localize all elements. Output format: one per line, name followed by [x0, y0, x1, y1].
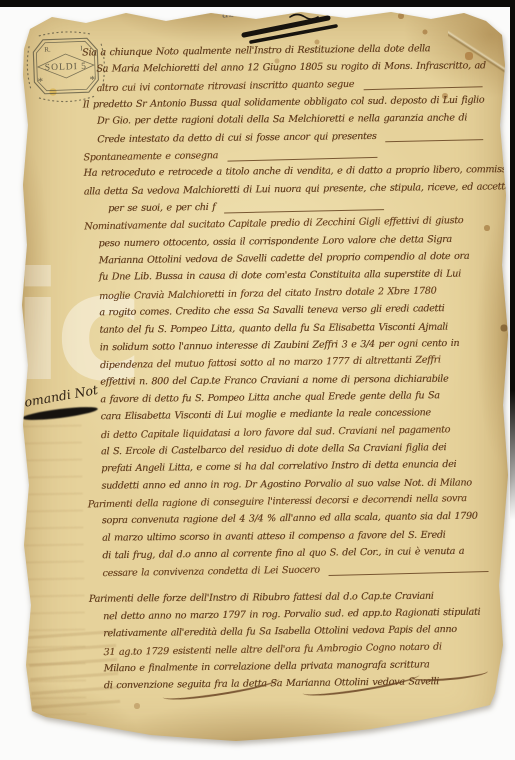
manuscript-line: Parimenti delle forze dell'Instro di Rib… [89, 587, 493, 608]
paper-sheet-wrapper: ic R. I. SOLDI 5 * * ab [16, 5, 510, 750]
manuscript-line: effettivi n. 800 del Cap.te Franco Cravi… [86, 370, 490, 391]
manuscript-line: tanto del fu S. Pompeo Litta, quanto del… [85, 318, 489, 339]
ink-rule [224, 209, 384, 213]
scanned-manuscript-photo: { "page": { "background_color": "#fbfbfa… [0, 0, 515, 760]
manuscript-text-block: Sia a chiunque Noto qualmente nell'Instr… [82, 40, 494, 696]
photo-right-border [510, 0, 515, 520]
manuscript-line-text: effettivi n. 800 del Cap.te Franco Cravi… [100, 370, 448, 390]
aged-paper-sheet: ic R. I. SOLDI 5 * * ab [16, 5, 510, 750]
stamp-rosette-left: * [37, 76, 43, 88]
ink-rule [386, 139, 484, 142]
ink-rule [363, 86, 482, 90]
manuscript-line-text: tanto del fu S. Pompeo Litta, quanto del… [99, 318, 447, 338]
manuscript-line-text: per se suoi, e per chi f [108, 199, 216, 218]
stamp-corner-left: R. [44, 46, 51, 54]
ink-rule [329, 571, 489, 576]
stamp-value: SOLDI 5 [45, 62, 87, 73]
ink-cancellation-marks [238, 11, 348, 47]
photo-top-border [0, 0, 515, 7]
manuscript-line-text: cessare la convivenza condetta di Lei Su… [102, 562, 319, 583]
manuscript-line-text: Parimenti delle forze dell'Instro di Rib… [89, 587, 434, 607]
ink-rule [227, 157, 377, 162]
manuscript-line: al marzo ultimo scorso in avanti atteso … [88, 526, 492, 547]
manuscript-line-text: al marzo ultimo scorso in avanti atteso … [102, 526, 445, 546]
pencil-mark: ab [221, 6, 236, 20]
